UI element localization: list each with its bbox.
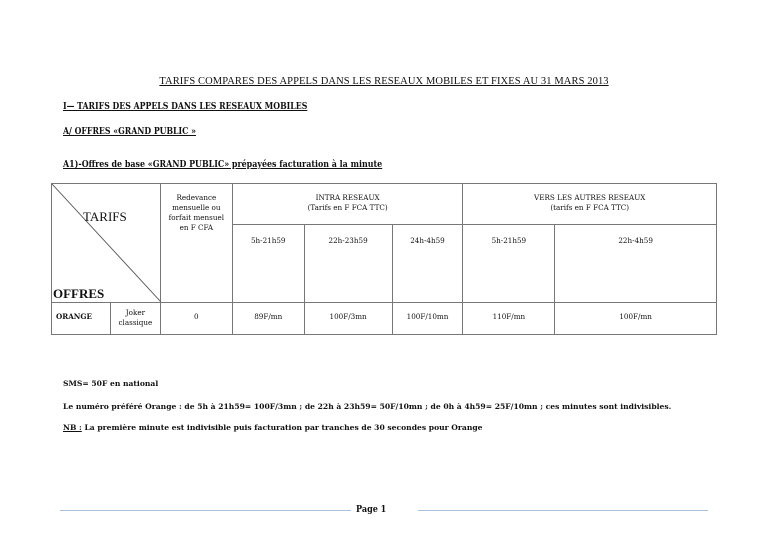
footer-rule-right <box>418 510 708 511</box>
autres-price-cell: 100F/mn <box>555 303 717 335</box>
nb-label: NB : <box>63 423 82 432</box>
autres-subtitle: (tarifs en F FCA TTC) <box>463 203 716 213</box>
redevance-line: en F CFA <box>161 223 232 233</box>
tariff-table: TARIFS OFFRES Redevance mensuelle ou for… <box>51 183 717 335</box>
page-number: Page 1 <box>356 504 386 515</box>
corner-label-tarifs: TARIFS <box>83 209 127 225</box>
redevance-header: Redevance mensuelle ou forfait mensuel e… <box>160 184 232 303</box>
section-heading-mobile-networks: I— TARIFS DES APPELS DANS LES RESEAUX MO… <box>63 101 307 112</box>
nb-note: NB : La première minute est indivisible … <box>63 423 483 432</box>
intra-price-cell: 100F/3mn <box>304 303 392 335</box>
section-heading-base-offers: A1)-Offres de base «GRAND PUBLIC» prépay… <box>63 160 382 170</box>
intra-period: 22h-23h59 <box>304 224 392 302</box>
footer-rule-left <box>60 510 351 511</box>
offer-line: Joker <box>111 308 160 318</box>
intra-period: 24h-4h59 <box>392 224 463 302</box>
autres-period: 5h-21h59 <box>463 224 555 302</box>
redevance-line: forfait mensuel <box>161 213 232 223</box>
intra-subtitle: (Tarifs en F FCA TTC) <box>233 203 463 213</box>
diagonal-line <box>52 184 161 302</box>
autres-price-cell: 110F/mn <box>463 303 555 335</box>
operator-cell: ORANGE <box>52 303 111 335</box>
numero-prefere-note: Le numéro préféré Orange : de 5h à 21h59… <box>63 402 671 411</box>
sms-note: SMS= 50F en national <box>63 379 158 388</box>
autres-header: VERS LES AUTRES RESEAUX (tarifs en F FCA… <box>463 184 717 225</box>
intra-period: 5h-21h59 <box>232 224 304 302</box>
redevance-line: mensuelle ou <box>161 203 232 213</box>
autres-title: VERS LES AUTRES RESEAUX <box>463 193 716 203</box>
corner-label-offres: OFFRES <box>53 286 104 302</box>
redevance-line: Redevance <box>161 193 232 203</box>
autres-period: 22h-4h59 <box>555 224 717 302</box>
nb-text: La première minute est indivisible puis … <box>82 423 483 432</box>
section-heading-grand-public: A/ OFFRES «GRAND PUBLIC » <box>63 126 196 137</box>
corner-cell: TARIFS OFFRES <box>52 184 161 303</box>
table-row: ORANGE Joker classique 0 89F/mn 100F/3mn… <box>52 303 717 335</box>
redevance-cell: 0 <box>160 303 232 335</box>
intra-price-cell: 100F/10mn <box>392 303 463 335</box>
document-title: TARIFS COMPARES DES APPELS DANS LES RESE… <box>0 76 768 87</box>
offer-line: classique <box>111 318 160 328</box>
intra-header: INTRA RESEAUX (Tarifs en F FCA TTC) <box>232 184 463 225</box>
offer-cell: Joker classique <box>110 303 160 335</box>
intra-price-cell: 89F/mn <box>232 303 304 335</box>
intra-title: INTRA RESEAUX <box>233 193 463 203</box>
